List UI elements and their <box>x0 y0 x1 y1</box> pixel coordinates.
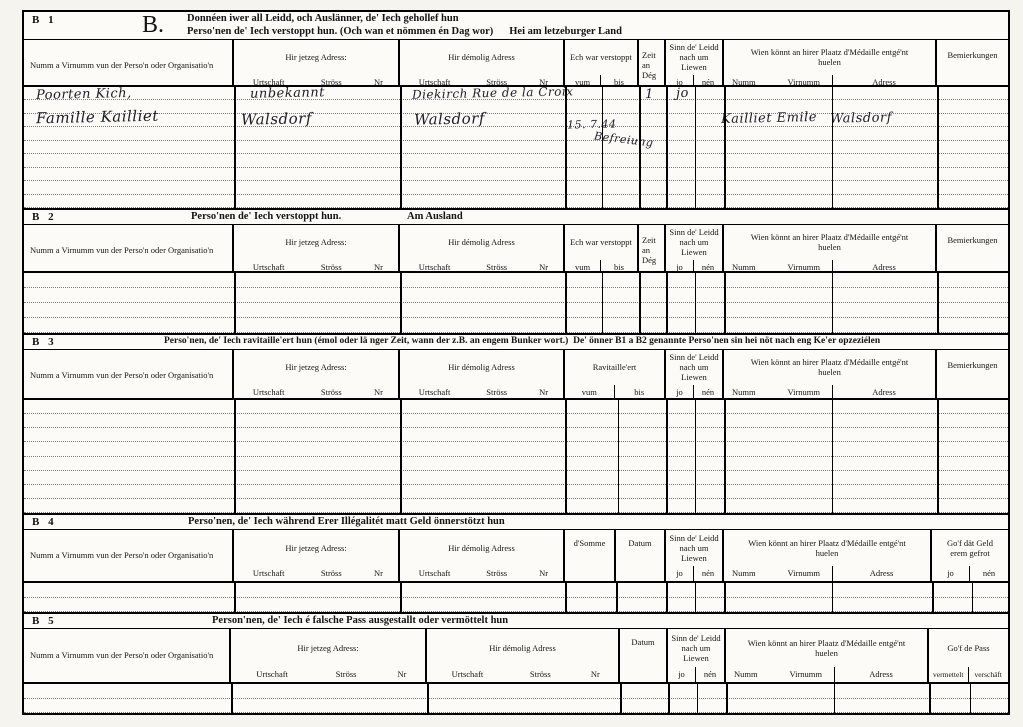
urtschaft-label: Urtschaft <box>400 77 469 87</box>
b2-body <box>24 273 1008 333</box>
b5-body <box>24 684 1008 713</box>
column-divider <box>639 87 641 208</box>
bis-label: bis <box>615 385 665 400</box>
nr-label: Nr <box>379 669 425 679</box>
pass-label: Go'f de Pass <box>929 629 1008 667</box>
column-divider <box>929 684 931 713</box>
alive-label: Sinn de' Leidd nach um Liewen <box>666 40 722 75</box>
dotted-row <box>24 400 1008 414</box>
datum-label: Datum <box>628 538 651 548</box>
column-divider <box>234 87 236 208</box>
medal-sub-left: NummVirnumm <box>726 667 834 682</box>
column-divider <box>602 87 603 208</box>
nr-label: Nr <box>573 669 618 679</box>
urtschaft-label: Urtschaft <box>231 669 313 679</box>
column-divider <box>616 583 618 612</box>
column-divider <box>231 684 233 713</box>
section-b2-label: B 2 <box>32 211 57 223</box>
dotted-row <box>24 168 1008 181</box>
section-b2-subtitle: Am Ausland <box>407 211 463 222</box>
column-divider <box>724 400 726 513</box>
b5-col-addr-old: Hir démolig Adress UrtschaftStrössNr <box>427 629 620 682</box>
jo-nen-sublabels: jonén <box>668 667 724 682</box>
b5-col-name: Numm a Virnumm vun der Perso'n oder Orga… <box>24 629 231 682</box>
column-divider <box>618 400 619 513</box>
medal-sublabels: NummVirnumm Adress <box>726 667 927 682</box>
b2-col-alive: Sinn de' Leidd nach um Liewen jonén <box>666 225 724 275</box>
column-divider <box>937 400 939 513</box>
medal-label: Wien könnt an hirer Plaatz d'Médaille en… <box>726 629 927 667</box>
column-divider <box>724 87 726 208</box>
addr-old-sublabels: UrtschaftStrössNr <box>400 385 563 400</box>
addr-old-label: Hir démolig Adress <box>400 225 563 260</box>
dotted-row <box>24 471 1008 485</box>
column-divider <box>400 273 402 333</box>
b1-title-line1: Donnéen iwer all Leidd, och Auslänner, d… <box>187 13 622 26</box>
b5-col-addr-now: Hir jetzeg Adress: UrtschaftStrössNr <box>231 629 427 682</box>
urtschaft-label: Urtschaft <box>400 568 469 578</box>
b1-column-headers: Numm a Virnumm vun der Perso'n oder Orga… <box>24 40 1008 87</box>
b3-col-supplied: Ravitaille'ert vumbis <box>565 350 666 400</box>
urtschaft-label: Urtschaft <box>234 387 303 397</box>
numm-label: Numm <box>732 387 756 397</box>
stross-label: Ströss <box>303 262 359 272</box>
column-divider <box>400 583 402 612</box>
dotted-row <box>24 181 1008 194</box>
b5-col-datum: Datum <box>620 629 668 682</box>
somme-label: d'Somme <box>574 538 606 548</box>
b3-note-text: De' önner B1 a B2 genannte Perso'nen sin… <box>573 336 880 346</box>
dotted-row <box>24 598 1008 613</box>
dotted-row <box>24 303 1008 318</box>
column-divider <box>666 273 668 333</box>
b4-column-headers: Numm a Virnumm vun der Perso'n oder Orga… <box>24 530 1008 583</box>
nen-label: nén <box>696 667 724 682</box>
column-divider <box>832 400 833 513</box>
addr-now-label: Hir jetzeg Adress: <box>231 629 425 667</box>
stross-label: Ströss <box>303 568 359 578</box>
dotted-row <box>24 684 1008 699</box>
b4-col-medal: Wien könnt an hirer Plaatz d'Médaille en… <box>724 530 932 581</box>
section-b5-title: Person'nen, de' Iech é falsche Pass ausg… <box>212 615 508 626</box>
pass-sublabels: vermetteltverschäft <box>929 667 1008 682</box>
dotted-row <box>24 127 1008 140</box>
stross-label: Ströss <box>313 669 379 679</box>
entry-b1-row2-from: 15. 7.44 <box>567 117 617 131</box>
column-divider <box>234 273 236 333</box>
b1-title-line2-text: Perso'nen de' Iech verstoppt hun. (Och w… <box>187 26 493 37</box>
col-name-label: Numm a Virnumm vun der Perso'n oder Orga… <box>30 550 226 560</box>
b3-body <box>24 400 1008 513</box>
dotted-row <box>24 288 1008 303</box>
section-b3-band: B 3 Perso'nen, de' Iech ravitaille'ert h… <box>24 333 1008 350</box>
entry-b1-row2-medal-name: Kailliet Emile <box>721 110 817 127</box>
virnumm-label: Virnumm <box>789 669 822 679</box>
dotted-row <box>24 499 1008 513</box>
dotted-row <box>24 428 1008 442</box>
money-asked-label: Go'f dät Geld erem gefrot <box>932 530 1008 566</box>
medal-label: Wien könnt an hirer Plaatz d'Médaille en… <box>724 225 935 260</box>
column-divider <box>834 684 835 713</box>
nen-label: nén <box>694 566 722 581</box>
datum-label: Datum <box>631 637 654 647</box>
form-b: B 1 B. Donnéen iwer all Leidd, och Auslä… <box>22 10 1010 715</box>
b3-title-text: Perso'nen, de' Iech ravitaille'ert hun (… <box>164 336 568 346</box>
column-divider <box>427 684 429 713</box>
column-divider <box>832 87 833 208</box>
column-divider <box>972 583 973 612</box>
column-divider <box>970 684 971 713</box>
medal-label: Wien könnt an hirer Plaatz d'Médaille en… <box>724 350 935 385</box>
jo-nen-sublabels: jonén <box>932 566 1008 581</box>
column-divider <box>695 400 696 513</box>
dotted-row <box>24 195 1008 208</box>
zeit-label: Zeit an Dég <box>642 50 664 81</box>
dotted-rows <box>24 684 1008 713</box>
zeit-label: Zeit an Dég <box>642 235 664 266</box>
entry-b1-row2-name: Famille Kailliet <box>36 107 159 128</box>
section-b1-title: Donnéen iwer all Leidd, och Auslänner, d… <box>187 13 622 38</box>
jo-label: jo <box>666 566 694 581</box>
numm-label: Numm <box>732 77 756 87</box>
nen-label: nén <box>694 385 722 400</box>
b4-body <box>24 583 1008 612</box>
numm-label: Numm <box>732 262 756 272</box>
column-divider <box>565 87 567 208</box>
dotted-row <box>24 154 1008 167</box>
virnumm-label: Virnumm <box>787 387 820 397</box>
section-b2-band: B 2 Perso'nen de' Iech verstoppt hun. Am… <box>24 208 1008 225</box>
stross-label: Ströss <box>469 262 524 272</box>
nr-label: Nr <box>359 262 398 272</box>
dotted-row <box>24 583 1008 598</box>
section-b4-title: Perso'nen, de' Iech während Erer Illégal… <box>188 516 505 527</box>
urtschaft-label: Urtschaft <box>400 262 469 272</box>
b4-col-somme: d'Somme <box>565 530 616 581</box>
b2-col-zeit: Zeit an Dég <box>639 225 666 275</box>
jo-label: jo <box>932 566 970 581</box>
nr-label: Nr <box>524 262 563 272</box>
nen-label: nén <box>970 566 1008 581</box>
b1-col-medal: Wien könnt an hirer Plaatz d'Médaille en… <box>724 40 937 90</box>
col-name-label: Numm a Virnumm vun der Perso'n oder Orga… <box>30 245 226 255</box>
numm-label: Numm <box>732 568 756 578</box>
col-name-label: Numm a Virnumm vun der Perso'n oder Orga… <box>30 650 223 660</box>
section-b1-band: B 1 B. Donnéen iwer all Leidd, och Auslä… <box>24 12 1008 40</box>
section-b-letter: B. <box>142 11 164 39</box>
jo-nen-sublabels: jonén <box>666 566 722 581</box>
b5-col-pass: Go'f de Pass vermetteltverschäft <box>929 629 1008 682</box>
dotted-row <box>24 485 1008 499</box>
column-divider <box>695 583 696 612</box>
dotted-row <box>24 141 1008 154</box>
remarks-label: Bemierkungen <box>947 360 997 370</box>
addr-old-sublabels: UrtschaftStrössNr <box>400 566 563 581</box>
column-divider <box>932 583 934 612</box>
dotted-rows <box>24 87 1008 208</box>
b1-col-addr-now: Hir jetzeg Adress: UrtschaftStrössNr <box>234 40 400 90</box>
dotted-row <box>24 273 1008 288</box>
hidden-label: Ech war verstoppt <box>565 40 637 75</box>
b3-col-addr-old: Hir démolig Adress UrtschaftStrössNr <box>400 350 565 400</box>
stross-label: Ströss <box>469 568 524 578</box>
entry-b1-row2-addr-old: Walsdorf <box>414 109 485 128</box>
adress-label: Adress <box>834 667 927 682</box>
entry-b1-row2-addr-now: Walsdorf <box>241 109 312 128</box>
section-b5-band: B 5 Person'nen, de' Iech é falsche Pass … <box>24 612 1008 629</box>
b1-title-line2-bold: Hei am letzeburger Land <box>509 26 622 37</box>
column-divider <box>695 87 696 208</box>
column-divider <box>666 87 668 208</box>
scanned-form-page: B 1 B. Donnéen iwer all Leidd, och Auslä… <box>0 0 1023 727</box>
b2-column-headers: Numm a Virnumm vun der Perso'n oder Orga… <box>24 225 1008 273</box>
dotted-rows <box>24 583 1008 612</box>
adress-label: Adress <box>832 566 930 581</box>
b1-col-zeit: Zeit an Dég <box>639 40 666 90</box>
stross-label: Ströss <box>469 387 524 397</box>
medal-sublabels: NummVirnumm Adress <box>724 385 935 400</box>
section-b4-label: B 4 <box>32 516 57 528</box>
section-b5-label: B 5 <box>32 615 57 627</box>
virnumm-label: Virnumm <box>787 262 820 272</box>
jo-nen-sublabels: jonén <box>666 385 722 400</box>
urtschaft-label: Urtschaft <box>234 568 303 578</box>
section-b3-label: B 3 <box>32 336 57 348</box>
entry-b1-row1-days: 1 <box>645 87 654 102</box>
b3-col-addr-now: Hir jetzeg Adress: UrtschaftStrössNr <box>234 350 400 400</box>
col-name-label: Numm a Virnumm vun der Perso'n oder Orga… <box>30 60 226 70</box>
column-divider <box>234 583 236 612</box>
urtschaft-label: Urtschaft <box>234 262 303 272</box>
addr-now-sublabels: UrtschaftStrössNr <box>234 566 398 581</box>
section-b1-label: B 1 <box>32 14 57 26</box>
remarks-label: Bemierkungen <box>947 235 997 245</box>
dotted-row <box>24 442 1008 456</box>
entry-b1-row2-medal-adress: Walsdorf <box>830 110 892 126</box>
column-divider <box>726 684 728 713</box>
dotted-row <box>24 457 1008 471</box>
entry-b1-row1-name: Poorten Kich, <box>36 86 132 103</box>
jo-label: jo <box>668 667 696 682</box>
alive-label: Sinn de' Leidd nach um Liewen <box>666 350 722 385</box>
vermettelt-label: vermettelt <box>929 667 969 682</box>
b5-column-headers: Numm a Virnumm vun der Perso'n oder Orga… <box>24 629 1008 684</box>
numm-label: Numm <box>734 669 758 679</box>
stross-label: Ströss <box>508 669 573 679</box>
column-divider <box>666 400 668 513</box>
remarks-label: Bemierkungen <box>947 50 997 60</box>
adress-label: Adress <box>832 385 935 400</box>
column-divider <box>695 273 696 333</box>
b2-col-remarks: Bemierkungen <box>937 225 1008 275</box>
column-divider <box>565 273 567 333</box>
b3-col-alive: Sinn de' Leidd nach um Liewen jonén <box>666 350 724 400</box>
alive-label: Sinn de' Leidd nach um Liewen <box>666 530 722 566</box>
b4-col-addr-now: Hir jetzeg Adress: UrtschaftStrössNr <box>234 530 400 581</box>
vum-bis-sublabels: vumbis <box>565 385 664 400</box>
col-name-label: Numm a Virnumm vun der Perso'n oder Orga… <box>30 370 226 380</box>
b1-col-alive: Sinn de' Leidd nach um Liewen jonén <box>666 40 724 90</box>
nr-label: Nr <box>359 568 398 578</box>
b2-col-addr-old: Hir démolig Adress UrtschaftStrössNr <box>400 225 565 275</box>
b5-col-medal: Wien könnt an hirer Plaatz d'Médaille en… <box>726 629 929 682</box>
addr-now-label: Hir jetzeg Adress: <box>234 530 398 566</box>
addr-old-sublabels: UrtschaftStrössNr <box>427 667 618 682</box>
dotted-rows <box>24 273 1008 333</box>
b1-body: Poorten Kich, unbekannt Diekirch Rue de … <box>24 87 1008 208</box>
section-b3-title: Perso'nen, de' Iech ravitaille'ert hun (… <box>164 336 880 346</box>
column-divider <box>565 583 567 612</box>
virnumm-label: Virnumm <box>787 77 820 87</box>
nr-label: Nr <box>359 77 398 87</box>
b1-col-addr-old: Hir démolig Adress UrtschaftStrössNr <box>400 40 565 90</box>
b3-col-medal: Wien könnt an hirer Plaatz d'Médaille en… <box>724 350 937 400</box>
column-divider <box>666 583 668 612</box>
medal-label: Wien könnt an hirer Plaatz d'Médaille en… <box>724 530 930 566</box>
addr-now-label: Hir jetzeg Adress: <box>234 40 398 75</box>
entry-b1-row1-alive: jo <box>676 86 689 101</box>
b4-col-money-asked: Go'f dät Geld erem gefrot jonén <box>932 530 1008 581</box>
b4-col-datum: Datum <box>616 530 666 581</box>
addr-now-sublabels: UrtschaftStrössNr <box>234 385 398 400</box>
urtschaft-label: Urtschaft <box>400 387 469 397</box>
column-divider <box>697 684 698 713</box>
column-divider <box>639 273 641 333</box>
column-divider <box>937 273 939 333</box>
nr-label: Nr <box>359 387 398 397</box>
b1-col-hidden: Ech war verstoppt vumbis <box>565 40 639 90</box>
addr-old-label: Hir démolig Adress <box>400 40 563 75</box>
addr-old-label: Hir démolig Adress <box>427 629 618 667</box>
column-divider <box>937 87 939 208</box>
hidden-label: Ech war verstoppt <box>565 225 637 260</box>
b3-column-headers: Numm a Virnumm vun der Perso'n oder Orga… <box>24 350 1008 400</box>
dotted-row <box>24 318 1008 333</box>
addr-now-sublabels: UrtschaftStrössNr <box>231 667 425 682</box>
jo-label: jo <box>666 385 694 400</box>
column-divider <box>400 87 402 208</box>
column-divider <box>565 400 567 513</box>
column-divider <box>832 583 833 612</box>
b4-col-alive: Sinn de' Leidd nach um Liewen jonén <box>666 530 724 581</box>
column-divider <box>668 684 670 713</box>
b2-col-name: Numm a Virnumm vun der Perso'n oder Orga… <box>24 225 234 275</box>
dotted-rows <box>24 400 1008 513</box>
addr-old-label: Hir démolig Adress <box>400 530 563 566</box>
entry-b1-row1-addr-now: unbekannt <box>250 85 325 102</box>
stross-label: Ströss <box>303 387 359 397</box>
section-b4-band: B 4 Perso'nen, de' Iech während Erer Ill… <box>24 513 1008 530</box>
urtschaft-label: Urtschaft <box>427 669 508 679</box>
addr-now-label: Hir jetzeg Adress: <box>234 225 398 260</box>
column-divider <box>620 684 622 713</box>
b3-col-remarks: Bemierkungen <box>937 350 1008 400</box>
vum-label: vum <box>565 385 615 400</box>
addr-old-label: Hir démolig Adress <box>400 350 563 385</box>
nr-label: Nr <box>524 568 563 578</box>
addr-now-label: Hir jetzeg Adress: <box>234 350 398 385</box>
b1-col-remarks: Bemierkungen <box>937 40 1008 90</box>
virnumm-label: Virnumm <box>787 568 820 578</box>
dotted-row <box>24 699 1008 714</box>
column-divider <box>724 273 726 333</box>
medal-sub-left: NummVirnumm <box>724 566 832 581</box>
column-divider <box>724 583 726 612</box>
b1-title-line2: Perso'nen de' Iech verstoppt hun. (Och w… <box>187 26 622 39</box>
section-b2-title: Perso'nen de' Iech verstoppt hun. <box>191 211 341 222</box>
verschaft-label: verschäft <box>969 667 1009 682</box>
b4-col-addr-old: Hir démolig Adress UrtschaftStrössNr <box>400 530 565 581</box>
column-divider <box>400 400 402 513</box>
alive-label: Sinn de' Leidd nach um Liewen <box>668 629 724 667</box>
nr-label: Nr <box>524 387 563 397</box>
b1-col-name: Numm a Virnumm vun der Perso'n oder Orga… <box>24 40 234 90</box>
supplied-label: Ravitaille'ert <box>565 350 664 385</box>
medal-sublabels: NummVirnumm Adress <box>724 566 930 581</box>
column-divider <box>234 400 236 513</box>
column-divider <box>832 273 833 333</box>
alive-label: Sinn de' Leidd nach um Liewen <box>666 225 722 260</box>
medal-label: Wien könnt an hirer Plaatz d'Médaille en… <box>724 40 935 75</box>
b4-col-name: Numm a Virnumm vun der Perso'n oder Orga… <box>24 530 234 581</box>
b3-col-name: Numm a Virnumm vun der Perso'n oder Orga… <box>24 350 234 400</box>
b5-col-alive: Sinn de' Leidd nach um Liewen jonén <box>668 629 726 682</box>
b2-col-addr-now: Hir jetzeg Adress: UrtschaftStrössNr <box>234 225 400 275</box>
column-divider <box>602 273 603 333</box>
b2-col-hidden: Ech war verstoppt vumbis <box>565 225 639 275</box>
b2-col-medal: Wien könnt an hirer Plaatz d'Médaille en… <box>724 225 937 275</box>
medal-sub-left: NummVirnumm <box>724 385 832 400</box>
dotted-row <box>24 414 1008 428</box>
